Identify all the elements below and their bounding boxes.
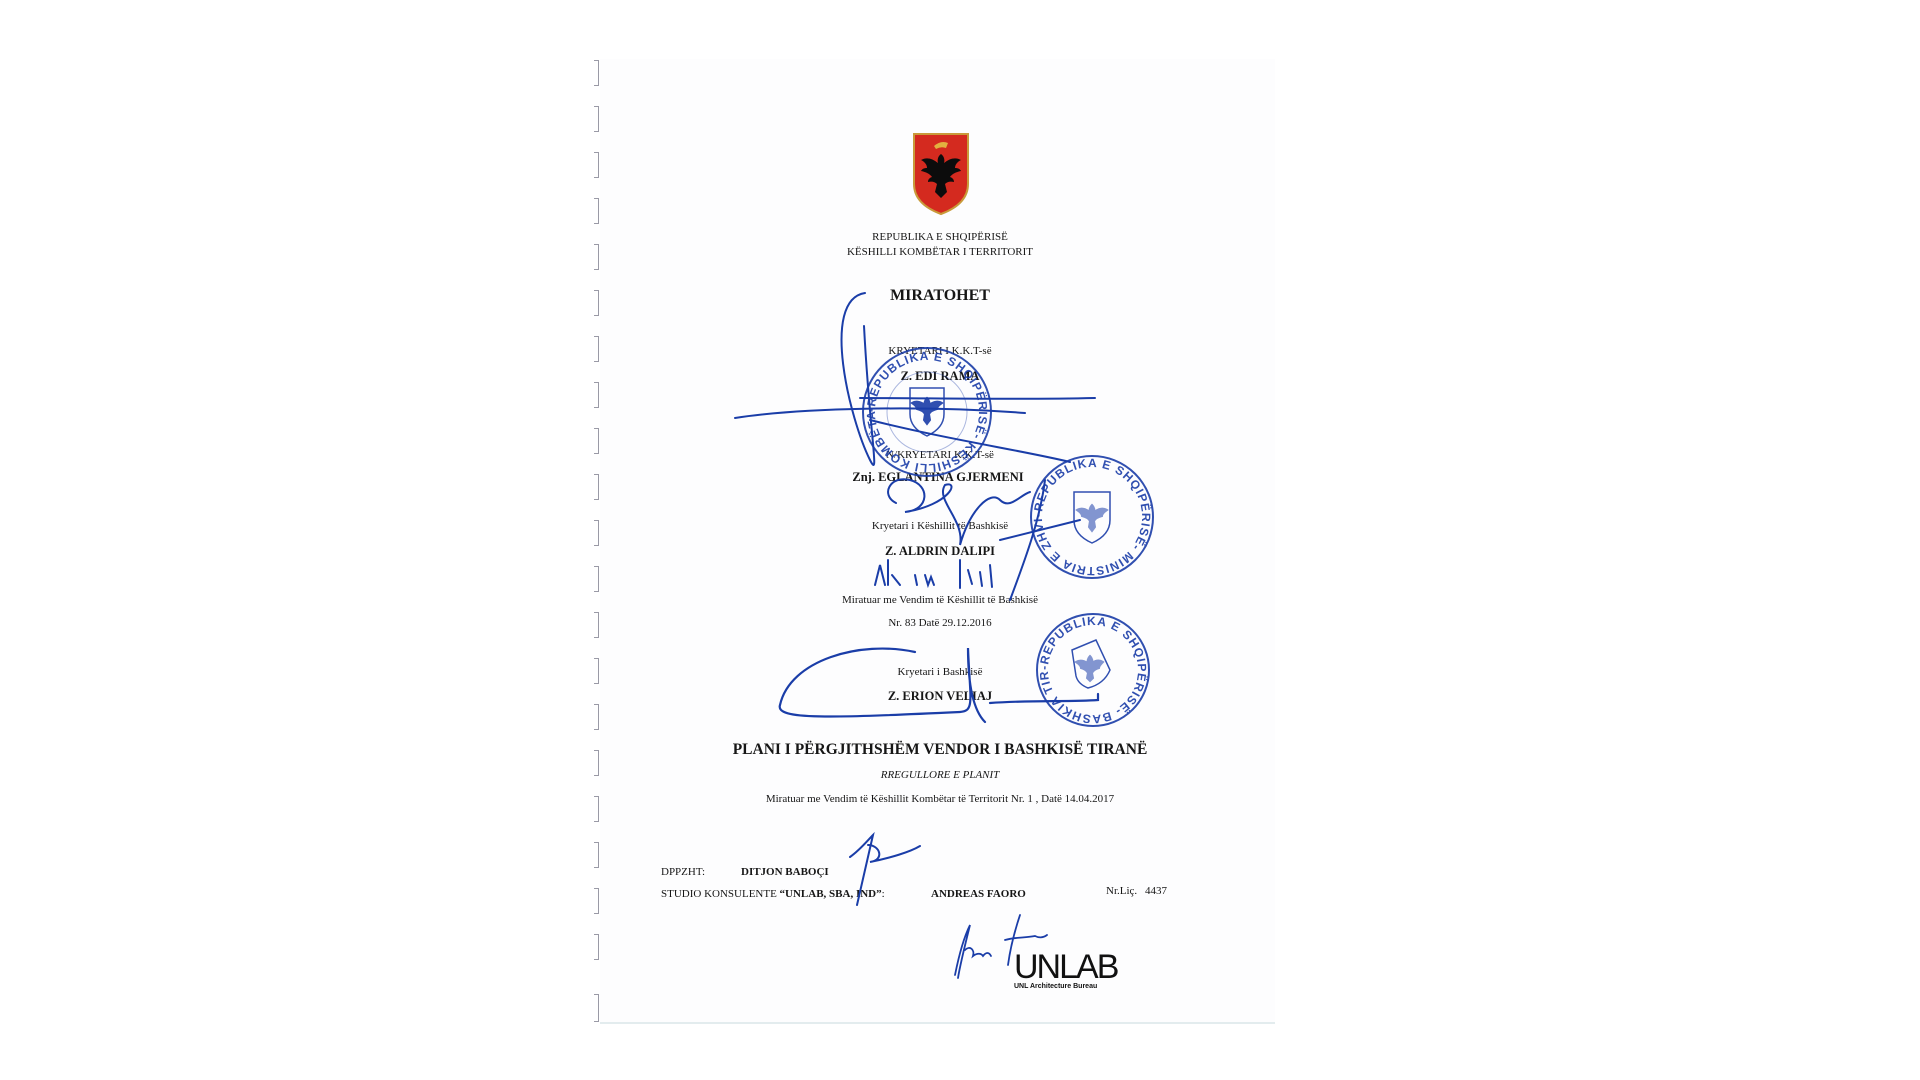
binding-mark — [594, 106, 599, 132]
dppzht-name: DITJON BABOÇI — [741, 867, 829, 878]
binding-mark — [594, 382, 599, 408]
binding-mark — [594, 428, 599, 454]
council-decision-line1: Miratuar me Vendim të Këshillit të Bashk… — [842, 595, 1038, 606]
unlab-logo: UNLAB UNL Architecture Bureau — [1014, 950, 1117, 990]
license-number: 4437 — [1145, 886, 1167, 897]
studio-colon: : — [882, 888, 885, 900]
signatory-role-2: N/KRYETARI K.K.T-së — [886, 450, 994, 461]
mayor-name: Z. ERION VELIAJ — [888, 690, 992, 703]
signatory-role-1: KRYETARI I K.K.T-së — [888, 346, 991, 357]
binding-mark — [594, 888, 599, 914]
binding-mark — [594, 290, 599, 316]
plan-subtitle: RREGULLORE E PLANIT — [881, 770, 1000, 781]
dppzht-label: DPPZHT: — [661, 867, 705, 878]
mayor-role: Kryetari i Bashkisë — [898, 667, 983, 678]
binding-mark — [594, 934, 599, 960]
binding-mark — [594, 842, 599, 868]
council-decision-line2: Nr. 83 Datë 29.12.2016 — [888, 618, 991, 629]
header-council: KËSHILLI KOMBËTAR I TERRITORIT — [847, 247, 1033, 258]
signatory-name-3: Z. ALDRIN DALIPI — [885, 545, 995, 558]
binding-mark — [594, 704, 599, 730]
signatory-role-3: Kryetari i Këshillit të Bashkisë — [872, 521, 1008, 532]
plan-approval: Miratuar me Vendim të Këshillit Kombëtar… — [766, 794, 1114, 805]
albanian-coat-of-arms-icon — [912, 132, 970, 216]
binding-mark — [594, 244, 599, 270]
license-label: Nr.Liç. — [1106, 886, 1137, 897]
consultant-name: ANDREAS FAORO — [931, 889, 1026, 900]
binding-mark — [594, 60, 599, 86]
approval-heading: MIRATOHET — [890, 288, 990, 304]
binding-mark — [594, 658, 599, 684]
signatory-name-1: Z. EDI RAMA — [901, 370, 980, 383]
binding-mark — [594, 520, 599, 546]
signatory-name-2: Znj. EGLANTINA GJERMENI — [852, 471, 1023, 484]
binding-mark — [594, 994, 599, 1022]
binding-mark — [594, 336, 599, 362]
binding-mark — [594, 750, 599, 776]
studio-line: STUDIO KONSULENTE “UNLAB, SBA, IND”: — [661, 889, 885, 900]
binding-mark — [594, 198, 599, 224]
studio-label: STUDIO KONSULENTE — [661, 888, 780, 900]
binding-mark — [594, 612, 599, 638]
studio-name: “UNLAB, SBA, IND” — [780, 888, 882, 900]
binding-mark — [594, 152, 599, 178]
binding-mark — [594, 566, 599, 592]
binding-mark — [594, 796, 599, 822]
binding-mark — [594, 474, 599, 500]
header-republic: REPUBLIKA E SHQIPËRISË — [872, 232, 1008, 243]
logo-name: UNLAB — [1014, 950, 1117, 984]
plan-title: PLANI I PËRGJITHSHËM VENDOR I BASHKISË T… — [733, 742, 1148, 758]
